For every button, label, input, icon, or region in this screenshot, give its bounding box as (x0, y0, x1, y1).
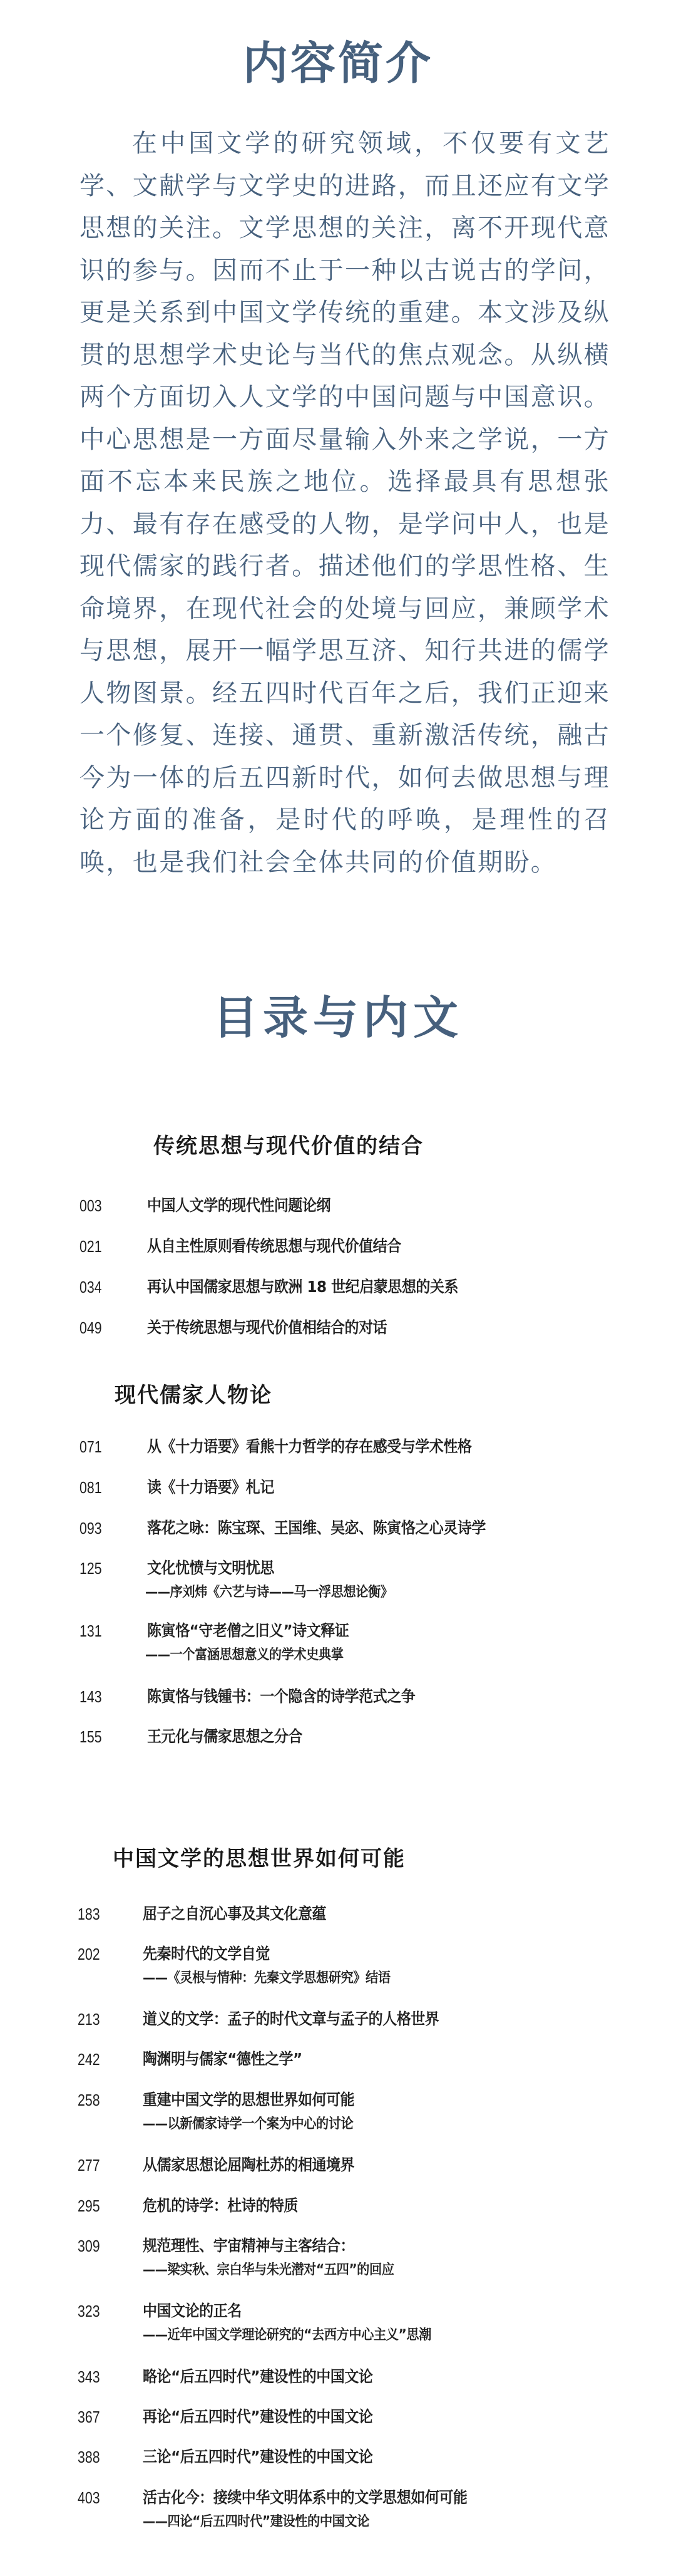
entry-title: 规范理性、宇宙精神与主客结合： (143, 2236, 354, 2256)
page-number: 143 (79, 1687, 102, 1707)
page-number: 071 (79, 1437, 102, 1457)
entry-title: 读《十力语要》札记 (147, 1477, 274, 1497)
entry-title: 再认中国儒家思想与欧洲 18 世纪启蒙思想的关系 (147, 1277, 458, 1297)
page-number: 125 (79, 1558, 102, 1578)
page-number: 093 (79, 1518, 102, 1538)
entry-subtitle: ——以新儒家诗学一个案为中心的讨论 (143, 2115, 353, 2134)
entry-title: 陈寅恪“守老僧之旧义”诗文释证 (147, 1621, 349, 1641)
entry-title: 重建中国文学的思想世界如何可能 (143, 2090, 354, 2110)
entry-subtitle: ——《灵根与情种：先秦文学思想研究》结语 (143, 1969, 391, 1988)
entry-title: 活古化今：接续中华文明体系中的文学思想如何可能 (143, 2488, 467, 2508)
entry-subtitle: ——四论“后五四时代”建设性的中国文论 (143, 2513, 369, 2532)
page-number: 367 (78, 2407, 100, 2427)
entry-title: 陶渊明与儒家“德性之学” (143, 2049, 302, 2069)
entry-title: 略论“后五四时代”建设性的中国文论 (143, 2367, 372, 2387)
entry-title: 中国文论的正名 (143, 2301, 242, 2321)
page-number: 388 (78, 2447, 100, 2467)
entry-title: 陈寅恪与钱锺书：一个隐含的诗学范式之争 (147, 1687, 415, 1707)
page-number: 403 (78, 2488, 100, 2508)
entry-subtitle: ——近年中国文学理论研究的“去西方中心主义”思潮 (143, 2326, 431, 2345)
page-number: 155 (79, 1727, 102, 1747)
page-number: 295 (78, 2196, 100, 2216)
entry-title: 中国人文学的现代性问题论纲 (147, 1196, 330, 1216)
toc-title: 目录与内文 (0, 990, 676, 1046)
page-number: 343 (78, 2367, 100, 2387)
page-number: 202 (78, 1944, 100, 1964)
entry-title: 落花之咏：陈宝琛、王国维、吴宓、陈寅恪之心灵诗学 (147, 1518, 486, 1538)
entry-title: 危机的诗学：杜诗的特质 (143, 2196, 298, 2216)
entry-title: 关于传统思想与现代价值相结合的对话 (147, 1318, 387, 1338)
entry-title: 从自主性原则看传统思想与现代价值结合 (147, 1236, 401, 1256)
entry-title: 屈子之自沉心事及其文化意蕴 (143, 1904, 326, 1924)
intro-paragraph: 在中国文学的研究领域，不仅要有文艺学、文献学与文学史的进路，而且还应有文学思想的… (79, 123, 610, 884)
section-heading: 中国文学的思想世界如何可能 (113, 1846, 406, 1871)
page-number: 081 (79, 1477, 102, 1497)
intro-title: 内容简介 (0, 35, 676, 91)
page-number: 034 (79, 1277, 102, 1297)
page-number: 277 (78, 2155, 100, 2175)
entry-title: 从《十力语要》看熊十力哲学的存在感受与学术性格 (147, 1437, 471, 1457)
page-number: 242 (78, 2049, 100, 2069)
page-number: 323 (78, 2301, 100, 2321)
entry-title: 先秦时代的文学自觉 (143, 1944, 270, 1964)
page-number: 183 (78, 1904, 100, 1924)
entry-title: 从儒家思想论屈陶杜苏的相通境界 (143, 2155, 354, 2175)
page-number: 049 (79, 1318, 102, 1338)
entry-subtitle: ——梁实秋、宗白华与朱光潜对“五四”的回应 (143, 2261, 394, 2280)
section-heading: 传统思想与现代价值的结合 (153, 1134, 424, 1159)
entry-title: 三论“后五四时代”建设性的中国文论 (143, 2447, 372, 2467)
entry-subtitle: ——序刘炜《六艺与诗——马一浮思想论衡》 (145, 1583, 393, 1602)
page-number: 003 (79, 1196, 102, 1216)
page-number: 258 (78, 2090, 100, 2110)
entry-subtitle: ——一个富涵思想意义的学术史典掌 (145, 1646, 343, 1665)
page-number: 309 (78, 2236, 100, 2256)
page-number: 021 (79, 1236, 102, 1256)
section-heading: 现代儒家人物论 (115, 1383, 272, 1408)
page-number: 131 (79, 1621, 102, 1641)
page-number: 213 (78, 2009, 100, 2029)
entry-title: 再论“后五四时代”建设性的中国文论 (143, 2407, 372, 2427)
entry-title: 道义的文学：孟子的时代文章与孟子的人格世界 (143, 2009, 439, 2029)
entry-title: 王元化与儒家思想之分合 (147, 1727, 302, 1747)
entry-title: 文化忧愤与文明忧思 (147, 1558, 274, 1578)
